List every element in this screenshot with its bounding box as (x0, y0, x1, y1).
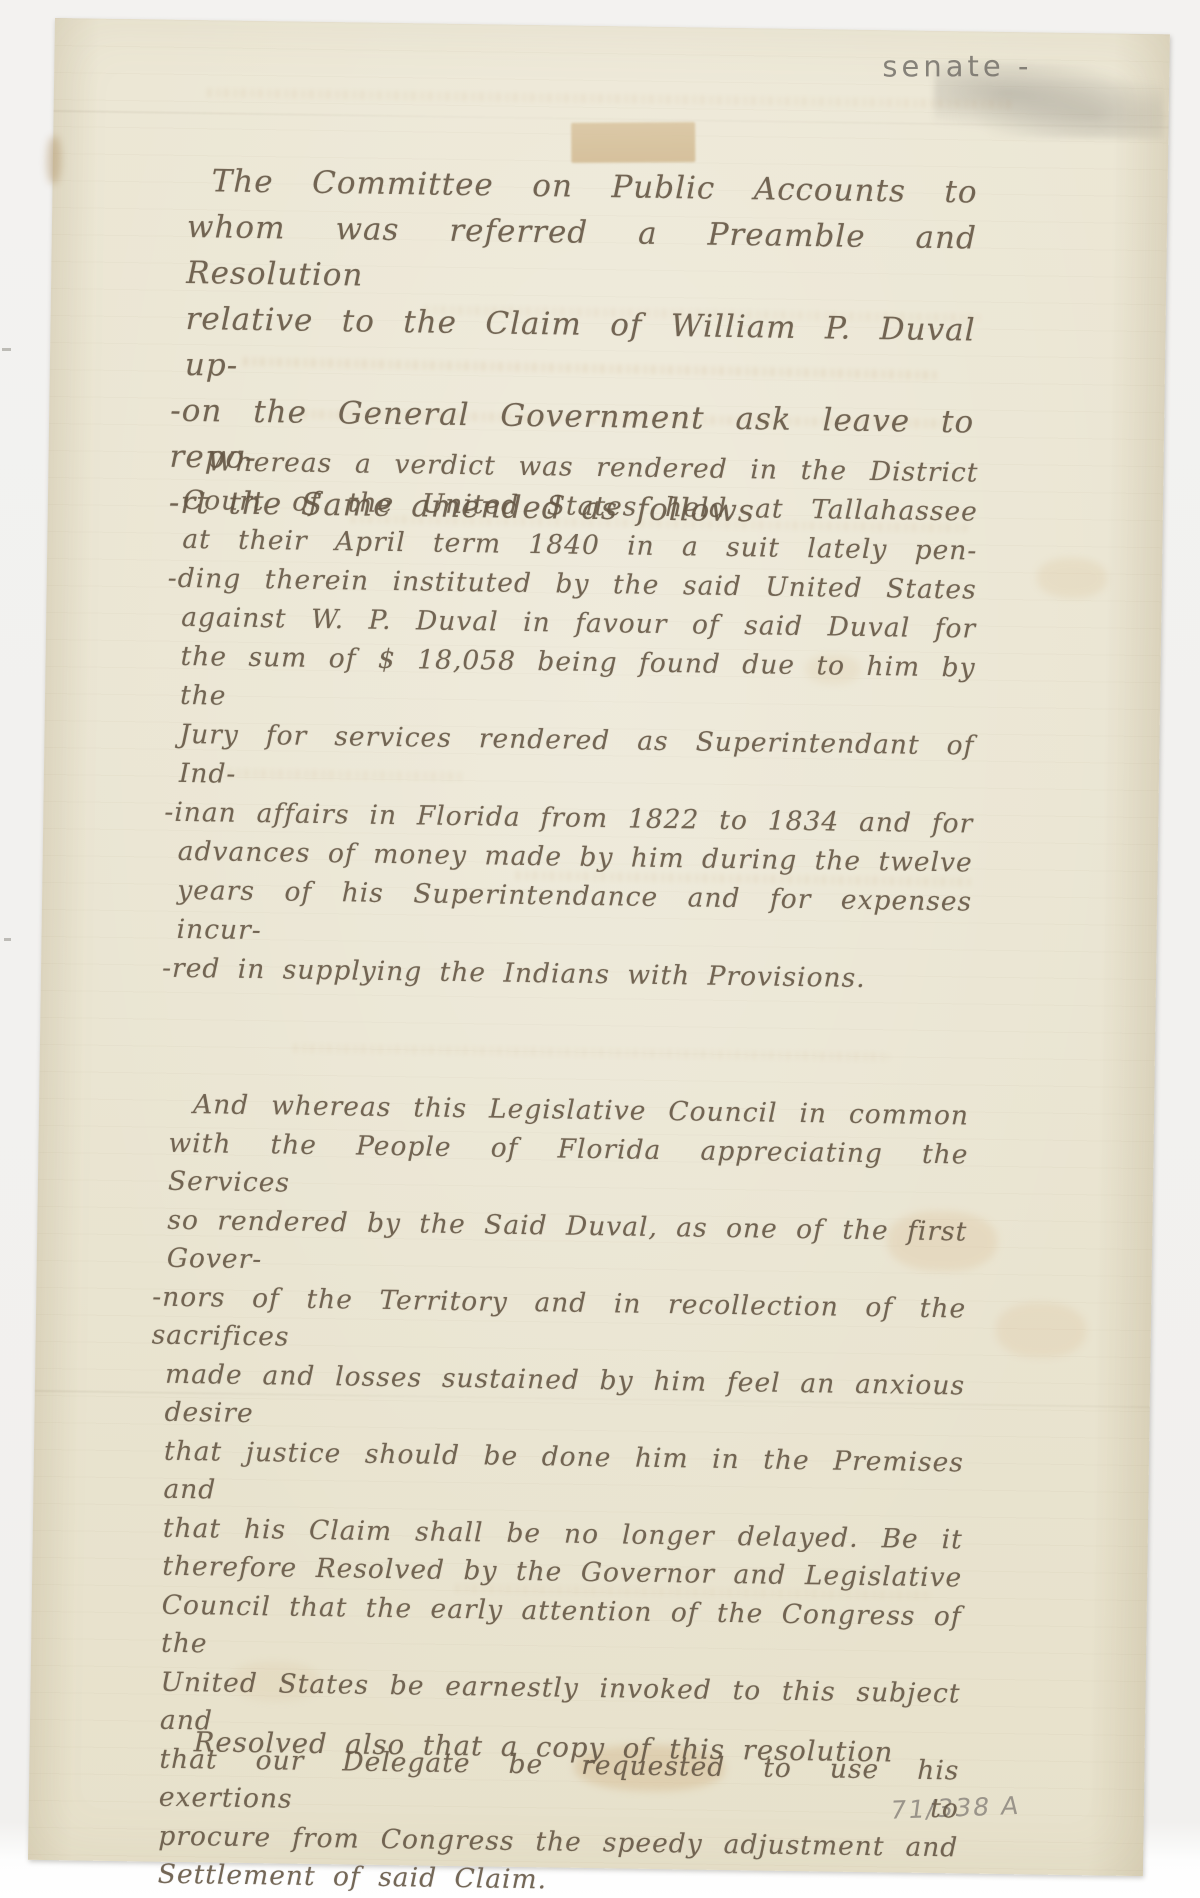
manuscript-line: the sum of $ 18,058 being found due to h… (180, 637, 976, 727)
manuscript-line: Council that the early attention of the … (161, 1586, 962, 1675)
manuscript-line: that justice should be done him in the P… (163, 1432, 964, 1521)
manuscript-paragraph-whereas-verdict: Whereas a verdict was rendered in the Di… (176, 442, 979, 1000)
pencil-annotation-senate: senate - (882, 49, 1032, 83)
ink-bleedthrough (204, 88, 1014, 109)
manuscript-line: whom was referred a Preamble and Resolut… (186, 204, 977, 308)
foxing-stain (1037, 557, 1108, 598)
manuscript-line: made and losses sustained by him feel an… (164, 1355, 965, 1444)
scanner-edge-mark (4, 938, 11, 941)
tape-residue-stain (571, 122, 695, 163)
document-scan: senate - 71/338 A The Committee on Publi… (0, 0, 1200, 1898)
manuscript-line: so rendered by the Said Duval, as one of… (167, 1201, 968, 1290)
manuscript-line: with the People of Florida appreciating … (168, 1124, 969, 1213)
manuscript-line: Jury for services rendered as Superinten… (179, 715, 975, 805)
manuscript-paragraph-resolution: And whereas this Legislative Council in … (158, 1086, 970, 1898)
manuscript-line: years of his Superintendance and for exp… (176, 871, 972, 961)
foxing-stain (995, 1302, 1086, 1358)
manuscript-line: -nors of the Territory and in recollecti… (151, 1278, 966, 1367)
edge-wear-mark (47, 136, 62, 184)
manuscript-line: relative to the Claim of William P. Duva… (185, 296, 976, 400)
ink-bleedthrough (290, 1044, 890, 1062)
document-paper: senate - 71/338 A The Committee on Publi… (28, 18, 1170, 1876)
scanner-edge-mark (2, 348, 11, 351)
